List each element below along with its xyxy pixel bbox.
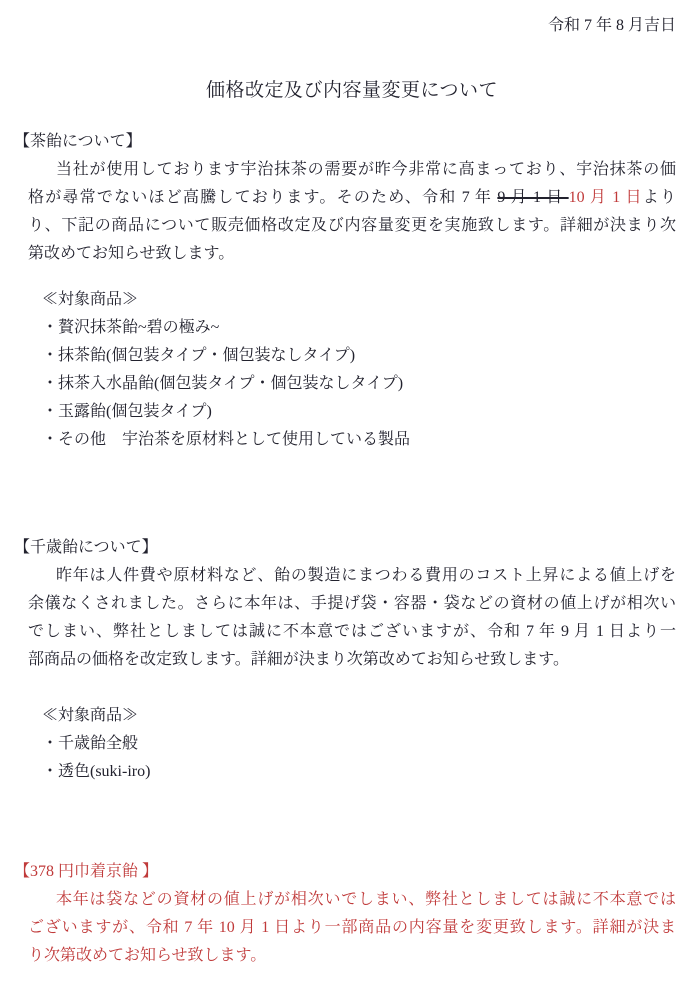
paragraph-text: 格が尋常でないほど高騰しております。そのため、令和 7 年 <box>28 189 497 206</box>
product-list-item: ・贅沢抹茶飴~碧の極み~ <box>42 314 676 342</box>
paragraph-line: 昨年は人件費や原材料など、飴の製造にまつわる費用のコスト上昇による値上げを <box>28 562 676 590</box>
paragraph-text: より <box>643 189 676 206</box>
spacer <box>28 674 676 702</box>
product-list-heading: ≪対象商品≫ <box>42 286 676 314</box>
product-list-item: ・玉露飴(個包装タイプ) <box>42 398 676 426</box>
product-list-heading: ≪対象商品≫ <box>42 702 676 730</box>
document-page: 令和 7 年 8 月吉日 価格改定及び内容量変更について 【茶飴について】 当社… <box>0 0 700 983</box>
spacer <box>28 268 676 286</box>
paragraph-line-red: り次第改めてお知らせ致します。 <box>28 942 676 970</box>
paragraph-line: り、下記の商品について販売価格改定及び内容量変更を実施致します。詳細が決まり次 <box>28 212 676 240</box>
product-list-item: ・透色(suki-iro) <box>42 758 676 786</box>
paragraph-line: でしまい、弊社としましては誠に不本意ではございますが、令和 7 年 9 月 1 … <box>28 618 676 646</box>
paragraph-line-red: ございますが、令和 7 年 10 月 1 日より一部商品の内容量を変更致します。… <box>28 914 676 942</box>
section-heading-tea: 【茶飴について】 <box>14 128 676 156</box>
product-list-item: ・千歳飴全般 <box>42 730 676 758</box>
revised-date-red: 10 月 1 日 <box>569 189 643 206</box>
document-date: 令和 7 年 8 月吉日 <box>28 12 676 40</box>
product-list-item: ・抹茶入水晶飴(個包装タイプ・個包装なしタイプ) <box>42 370 676 398</box>
spacer <box>28 786 676 858</box>
paragraph-line: 部商品の価格を改定致します。詳細が決まり次第改めてお知らせ致します。 <box>28 646 676 674</box>
strikethrough-old-date: 9 月 1 日 <box>497 189 568 206</box>
section-heading-kinchaku: 【378 円巾着京飴 】 <box>14 858 676 886</box>
paragraph-line: 当社が使用しております宇治抹茶の需要が昨今非常に高まっており、宇治抹茶の価 <box>28 156 676 184</box>
paragraph-line-red: 本年は袋などの資材の値上げが相次いでしまい、弊社としましては誠に不本意では <box>28 886 676 914</box>
product-list-item: ・その他 宇治茶を原材料として使用している製品 <box>42 426 676 454</box>
spacer <box>28 454 676 534</box>
document-title: 価格改定及び内容量変更について <box>28 76 676 106</box>
paragraph-line-with-revision: 格が尋常でないほど高騰しております。そのため、令和 7 年 9 月 1 日 10… <box>28 184 676 212</box>
product-list-item: ・抹茶飴(個包装タイプ・個包装なしタイプ) <box>42 342 676 370</box>
paragraph-line: 第改めてお知らせ致します。 <box>28 240 676 268</box>
section-heading-chitose: 【千歳飴について】 <box>14 534 676 562</box>
paragraph-line: 余儀なくされました。さらに本年は、手提げ袋・容器・袋などの資材の値上げが相次い <box>28 590 676 618</box>
